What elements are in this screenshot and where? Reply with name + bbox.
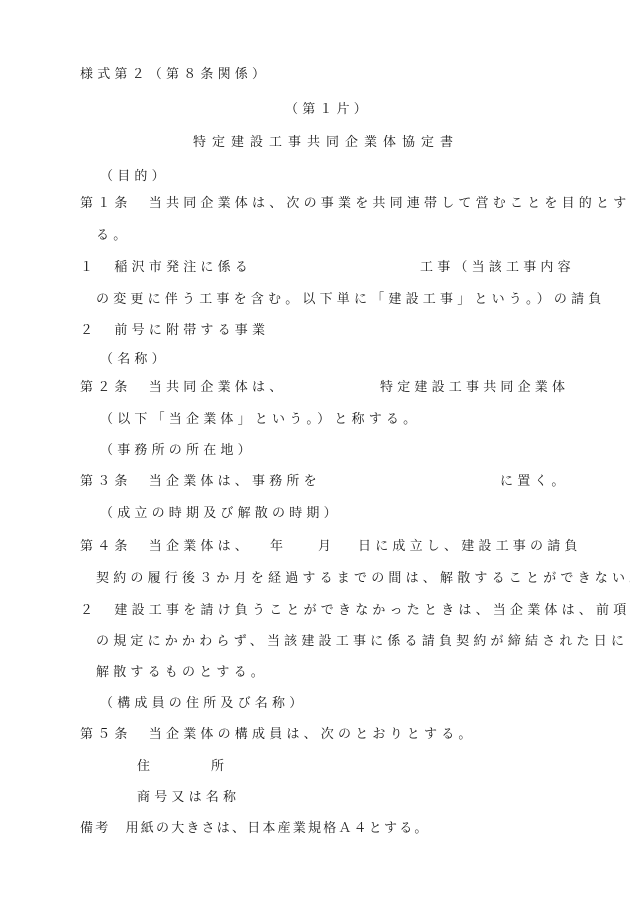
address-label-part-1: 住 [137, 759, 154, 775]
article-1-item-1-end: 工事（当該工事内容 [420, 260, 575, 276]
document-title: 特定建設工事共同企業体協定書 [193, 135, 459, 151]
article-4-line-1-start: 第４条 当企業体は、 [80, 539, 252, 555]
sheet-label: （第１片） [285, 102, 371, 118]
article-4-month: 月 [318, 539, 335, 555]
period-heading: （成立の時期及び解散の時期） [100, 506, 341, 522]
article-2-line-1-end: 特定建設工事共同企業体 [380, 380, 569, 396]
article-2-line-1-start: 第２条 当共同企業体は、 [80, 380, 286, 396]
article-3-end: に置く。 [500, 474, 569, 490]
article-4-para-2-line-3: 解散するものとする。 [96, 665, 268, 681]
article-1-line-1: 第１条 当共同企業体は、次の事業を共同連帯して営むことを目的とす [80, 196, 630, 212]
article-4-year: 年 [270, 539, 287, 555]
form-label: 様式第２（第８条関係） [80, 67, 269, 83]
article-4-para-2-line-1: ２ 建設工事を請け負うことができなかったときは、当企業体は、前項 [80, 603, 630, 619]
office-heading: （事務所の所在地） [100, 443, 255, 459]
members-heading: （構成員の住所及び名称） [100, 696, 306, 712]
article-1-item-1-start: １ 稲沢市発注に係る [80, 260, 252, 276]
article-3-start: 第３条 当企業体は、事務所を [80, 474, 321, 490]
remarks: 備考 用紙の大きさは、日本産業規格Ａ４とする。 [80, 821, 430, 837]
article-1-line-2: る。 [96, 228, 130, 244]
name-heading: （名称） [100, 352, 169, 368]
article-4-para-2-line-2: の規定にかかわらず、当該建設工事に係る請負契約が締結された日に [96, 634, 628, 650]
trade-name-label: 商号又は名称 [137, 790, 240, 806]
article-5: 第５条 当企業体の構成員は、次のとおりとする。 [80, 727, 476, 743]
purpose-heading: （目的） [100, 169, 169, 185]
article-2-line-2: （以下「当企業体」という。）と称する。 [100, 412, 420, 428]
article-1-item-2: ２ 前号に附帯する事業 [80, 323, 269, 339]
article-4-line-1-end: 日に成立し、建設工事の請負 [358, 539, 582, 555]
article-1-item-1-line-2: の変更に伴う工事を含む。以下単に「建設工事」という。）の請負 [96, 292, 606, 308]
address-label-part-2: 所 [211, 759, 228, 775]
article-4-line-2: 契約の履行後３か月を経過するまでの間は、解散することができない。 [96, 571, 630, 587]
